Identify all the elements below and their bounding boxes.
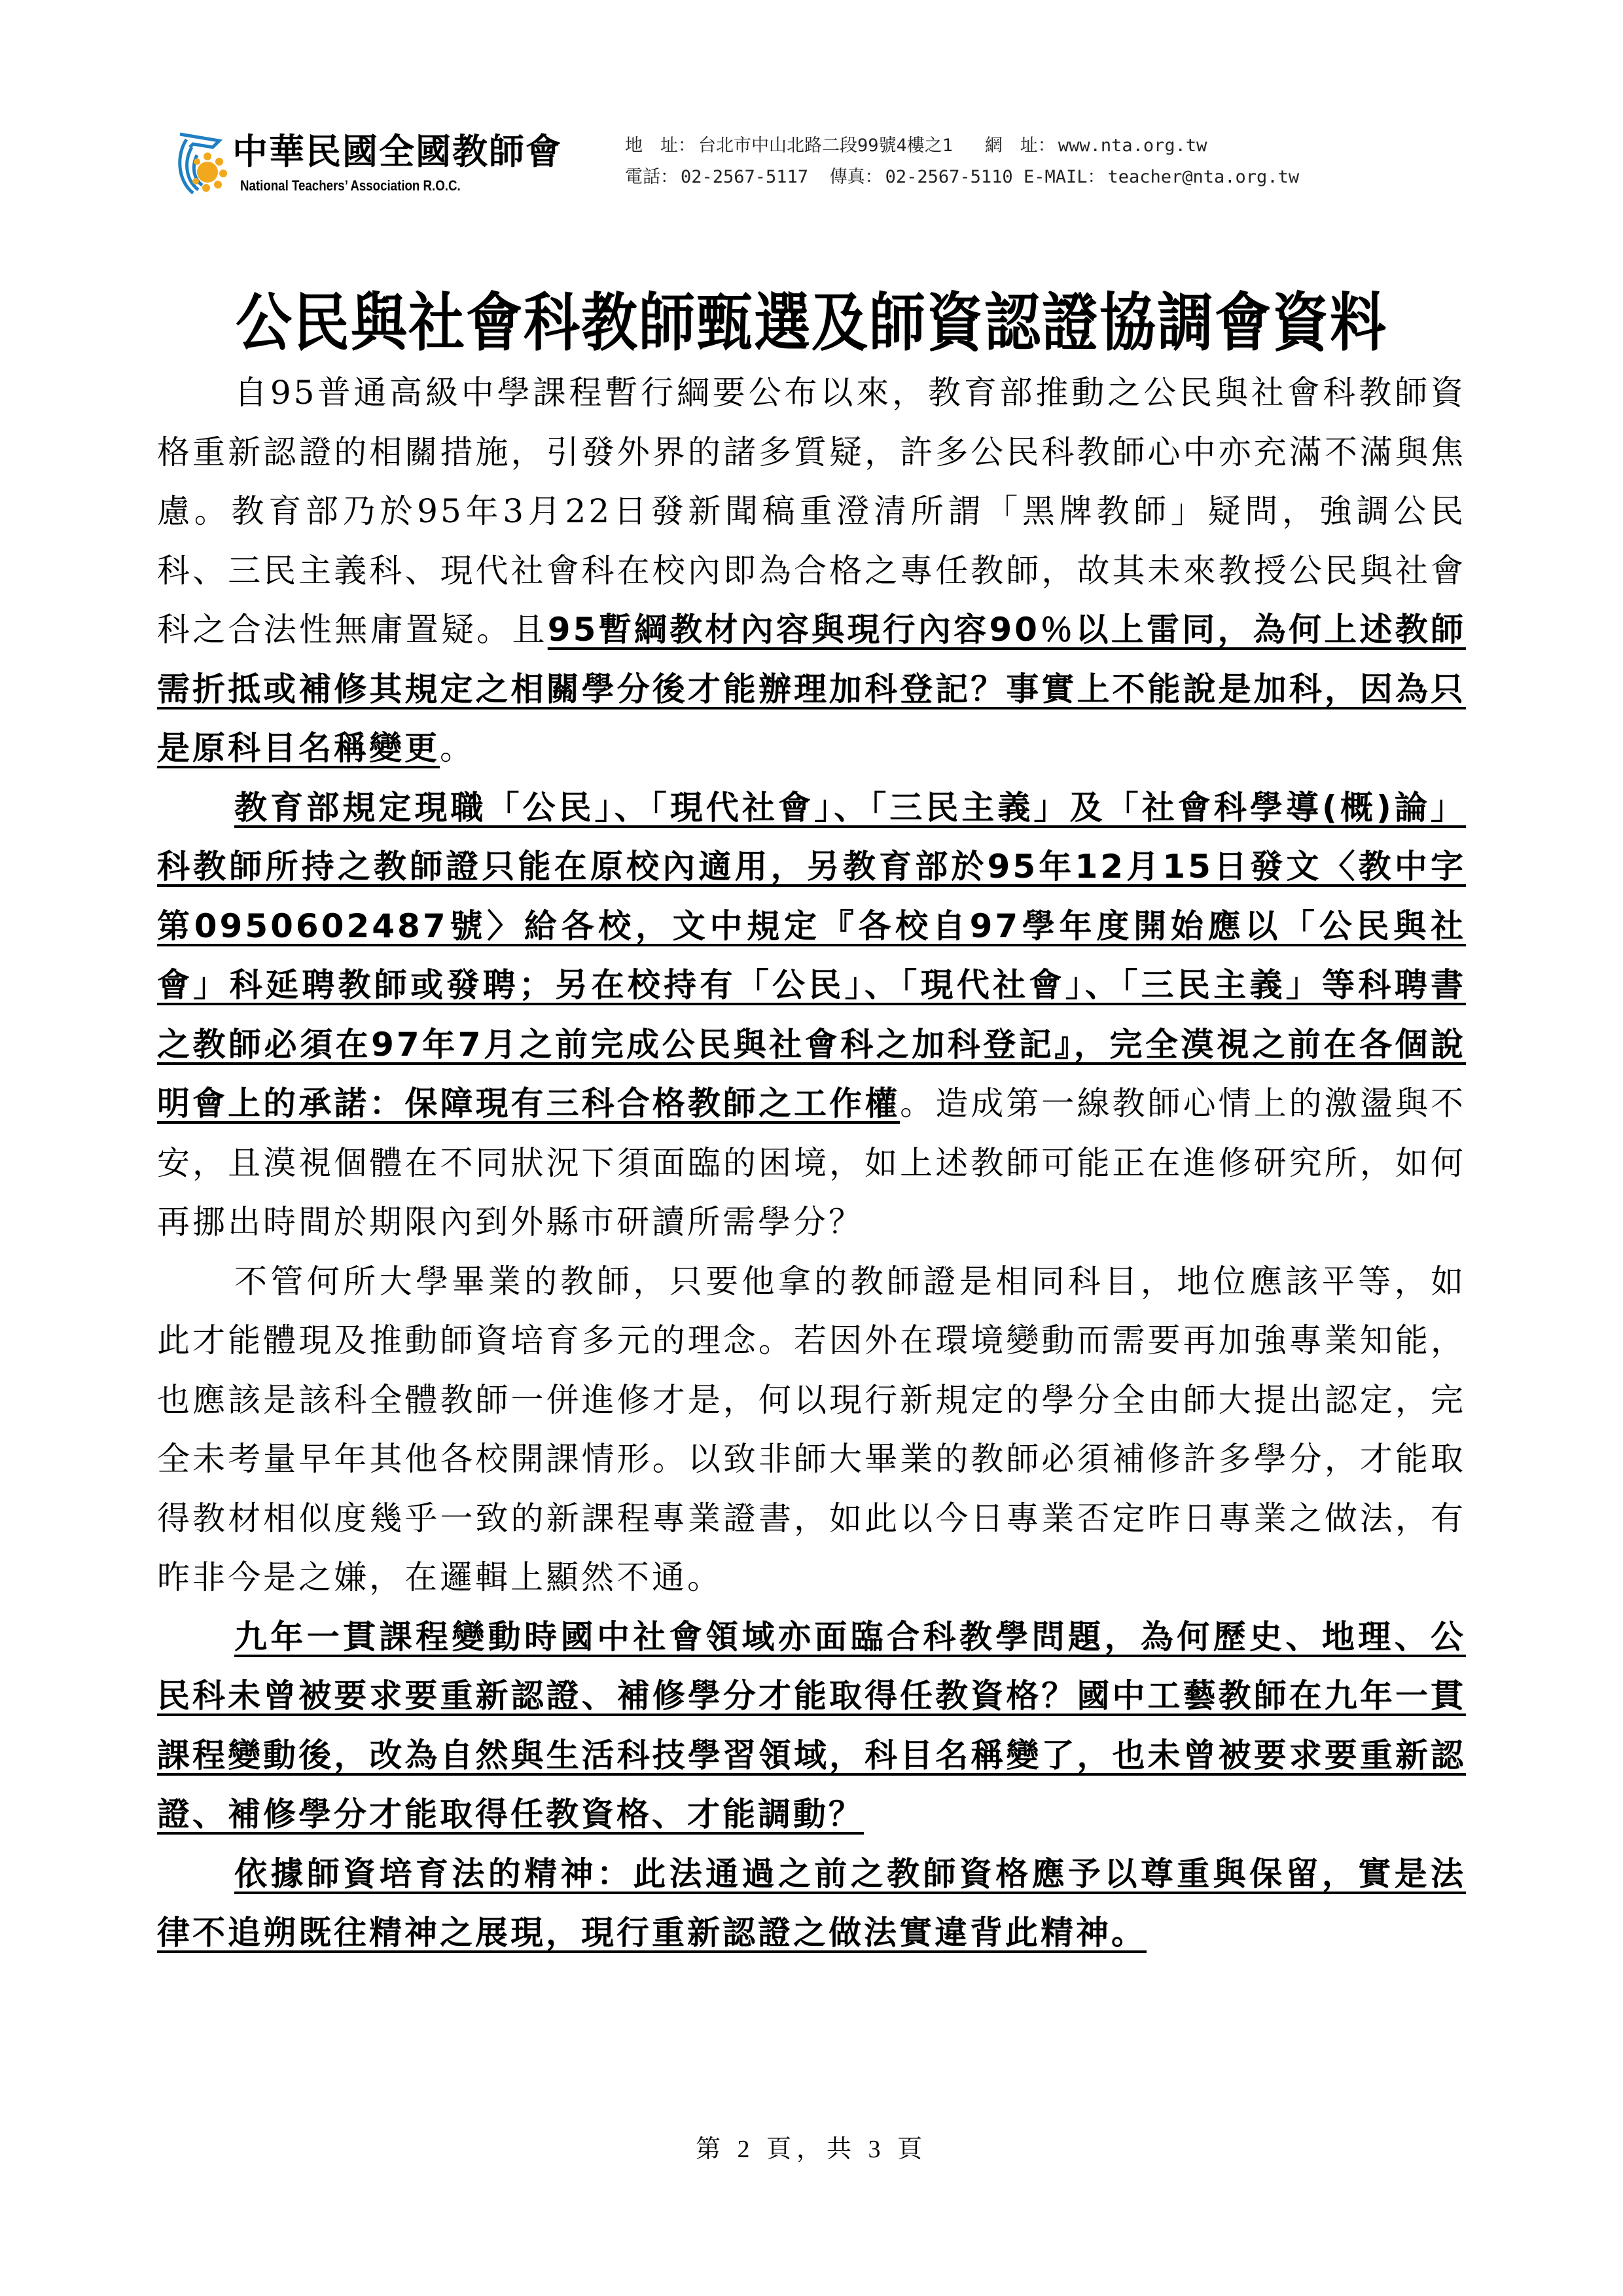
fax-value: 02-2567-5110 [885,167,1013,187]
paragraph-2: 教育部規定現職「公民」、「現代社會」、「三民主義」及「社會科學導(概)論」科教師… [157,778,1466,1252]
contact-info: 地 址：台北市中山北路二段99號4樓之1 網 址：www.nta.org.tw … [625,130,1299,193]
document-title: 公民與社會科教師甄選及師資認證協調會資料 [0,272,1623,363]
organization-logo: 中華民國全國教師會 National Teachers’ Association… [167,121,533,200]
fax-label: 傳真： [830,167,883,187]
letterhead: 中華民國全國教師會 National Teachers’ Association… [167,121,1476,200]
email-link[interactable]: teacher@nta.org.tw [1107,167,1299,187]
paragraph-text: 。 [440,729,475,767]
phone-value: 02-2567-5117 [681,167,808,187]
paragraph-5: 依據師資培育法的精神：此法通過之前之教師資格應予以尊重與保留，實是法律不追朔既往… [157,1844,1466,1963]
website-label: 網 址： [985,135,1056,156]
organization-name-cn: 中華民國全國教師會 [232,124,562,174]
paragraph-3: 不管何所大學畢業的教師，只要他拿的教師證是相同科目，地位應該平等，如此才能體現及… [157,1252,1466,1607]
organization-name-en: National Teachers’ Association R.O.C. [240,177,461,194]
address-value: 台北市中山北路二段99號4樓之1 [698,135,953,156]
emphasized-text: 九年一貫課程變動時國中社會領域亦面臨合科教學問題，為何歷史、地理、公民科未曾被要… [157,1618,1466,1834]
paragraph-1: 自95普通高級中學課程暫行綱要公布以來，教育部推動之公民與社會科教師資格重新認證… [157,363,1466,778]
page-number: 第 2 頁，共 3 頁 [0,2128,1623,2164]
website-link[interactable]: www.nta.org.tw [1058,135,1207,156]
emphasized-text: 依據師資培育法的精神：此法通過之前之教師資格應予以尊重與保留，實是法律不追朔既往… [157,1855,1466,1952]
paragraph-4: 九年一貫課程變動時國中社會領域亦面臨合科教學問題，為何歷史、地理、公民科未曾被要… [157,1607,1466,1844]
email-label: E-MAIL： [1024,167,1105,187]
contact-line-2: 電話：02-2567-5117 傳真：02-2567-5110 E-MAIL：t… [625,162,1299,193]
address-label: 地 址： [625,135,696,156]
paragraph-text: 不管何所大學畢業的教師，只要他拿的教師證是相同科目，地位應該平等，如此才能體現及… [157,1263,1466,1597]
emphasized-text: 教育部規定現職「公民」、「現代社會」、「三民主義」及「社會科學導(概)論」科教師… [157,789,1466,1123]
document-body: 自95普通高級中學課程暫行綱要公布以來，教育部推動之公民與社會科教師資格重新認證… [157,363,1466,1963]
phone-label: 電話： [625,167,678,187]
contact-line-1: 地 址：台北市中山北路二段99號4樓之1 網 址：www.nta.org.tw [625,130,1299,162]
nta-logo-icon [167,121,232,200]
paragraph-text: 自95普通高級中學課程暫行綱要公布以來，教育部推動之公民與社會科教師資格重新認證… [157,374,1466,649]
